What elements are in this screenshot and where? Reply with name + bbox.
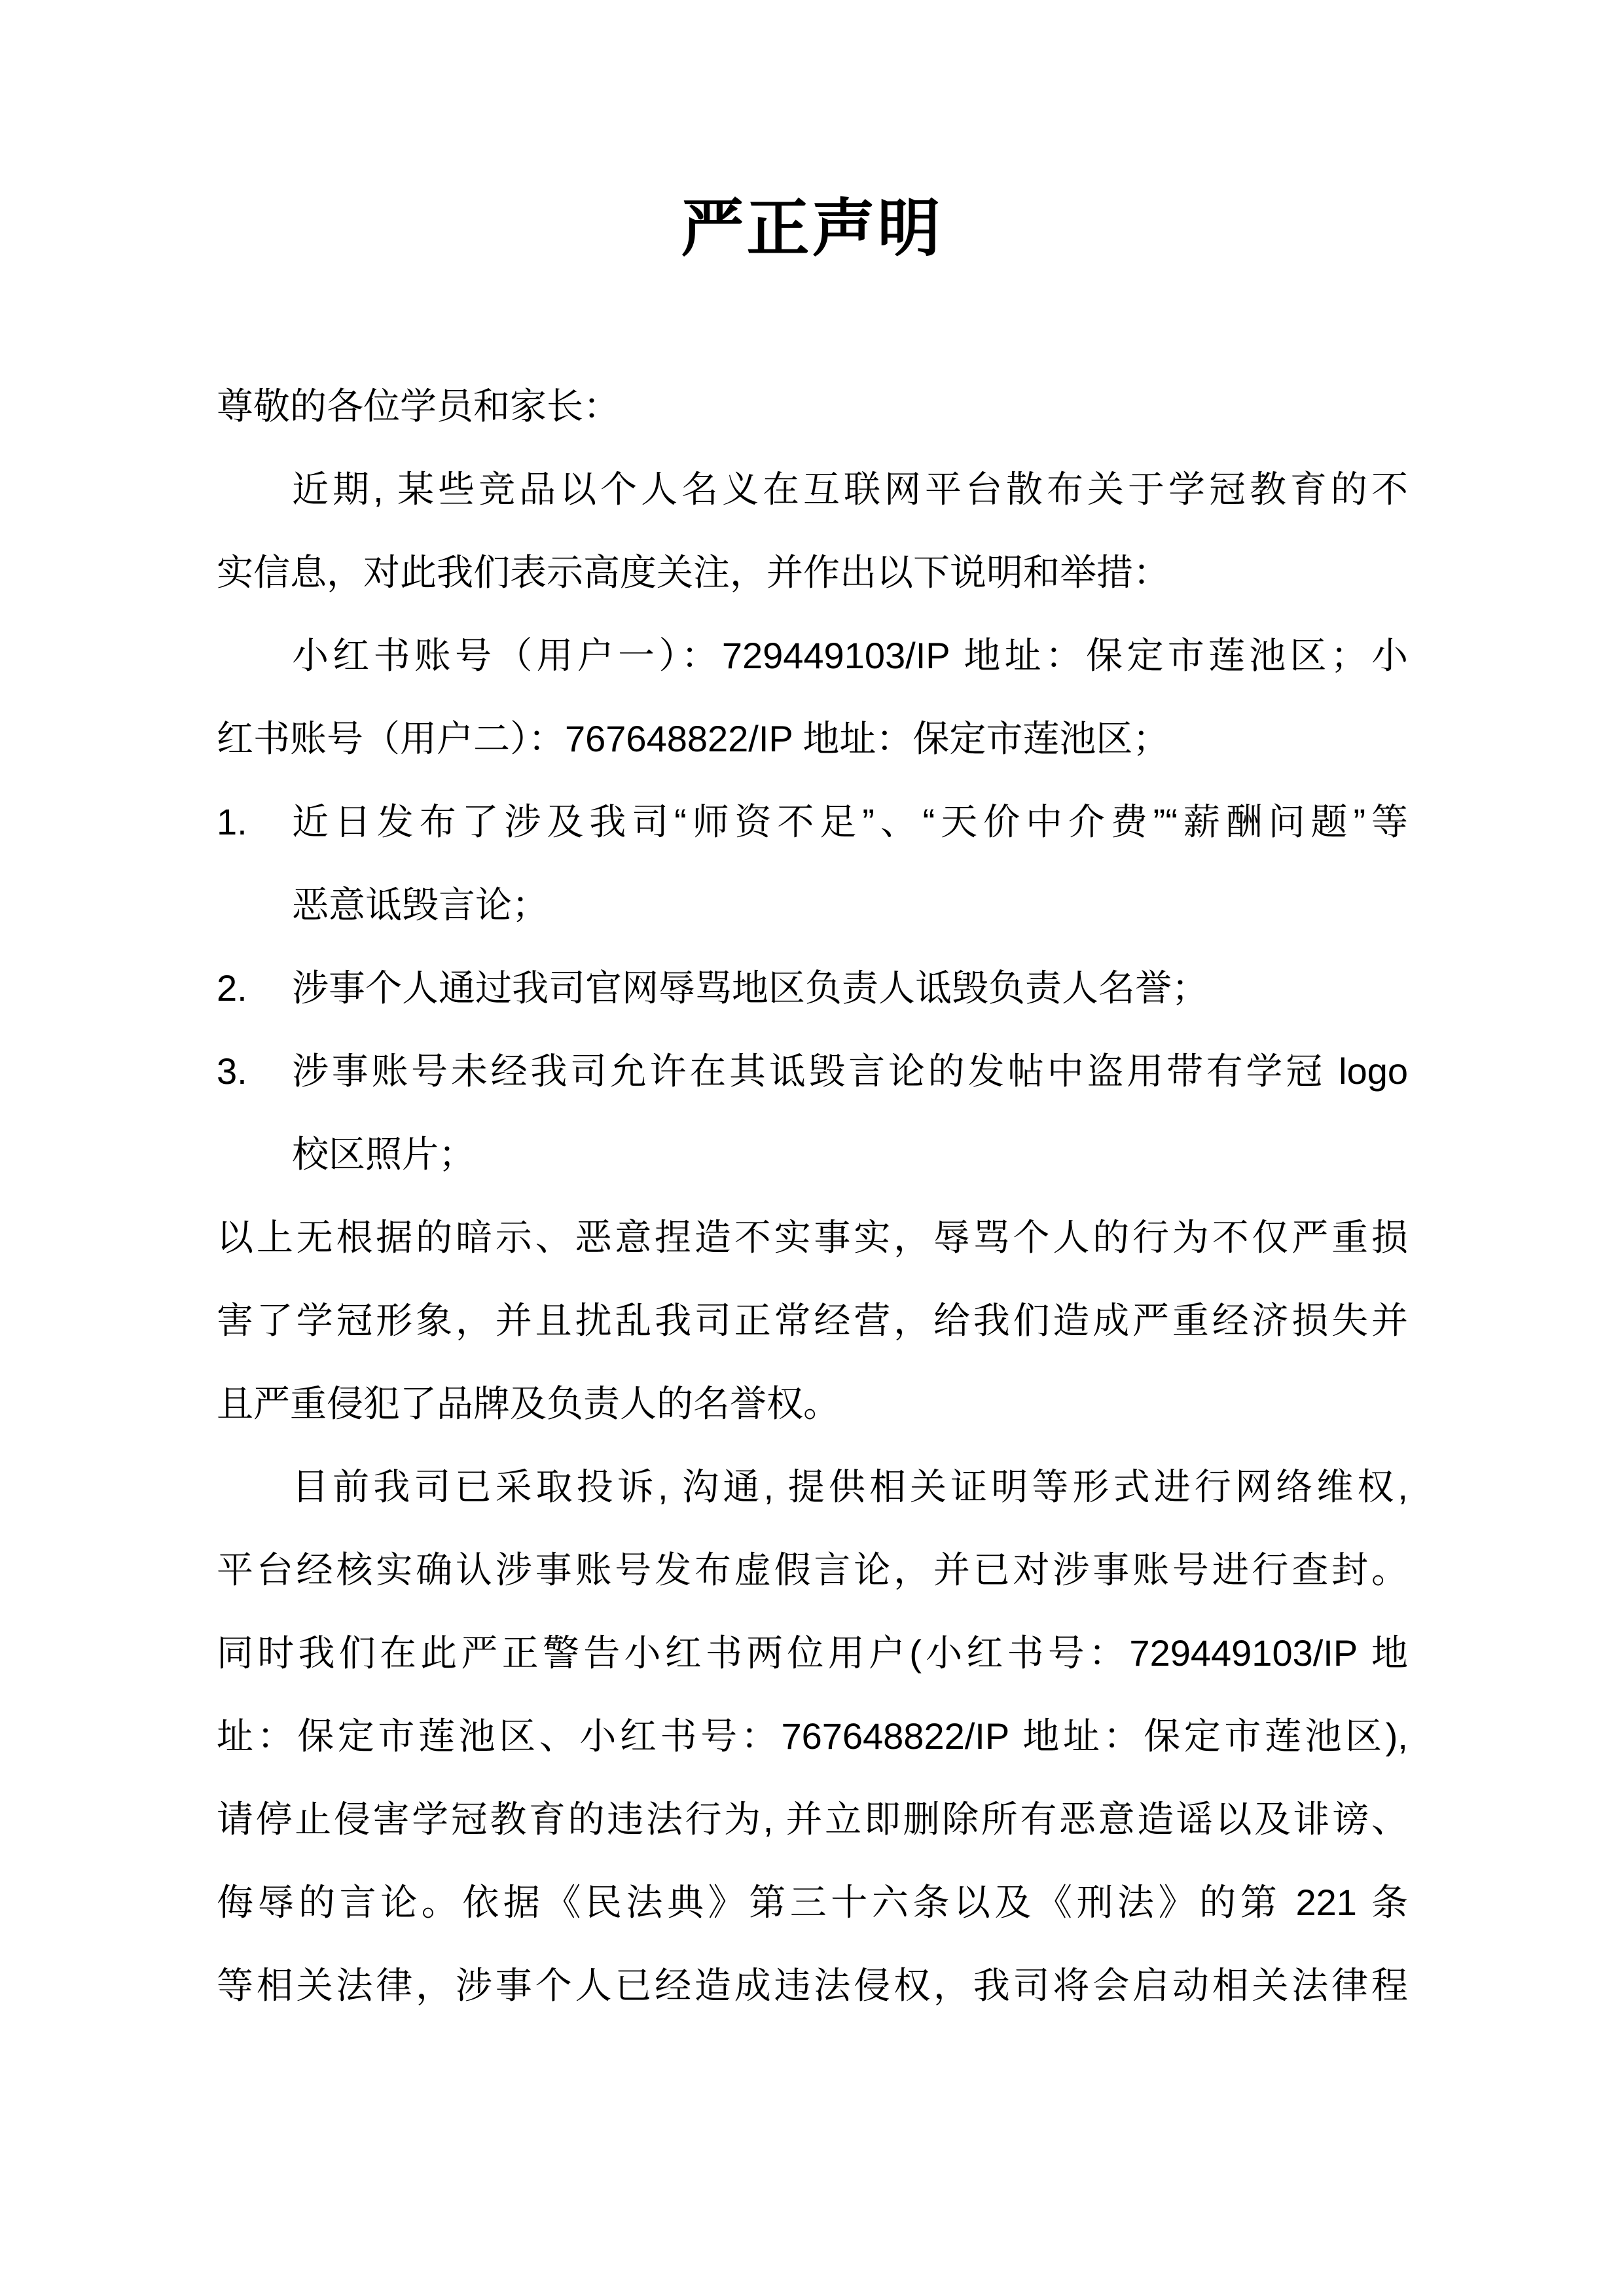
paragraph-line: 红书账号（用户二）：767648822/IP 地址：保定市莲池区； — [217, 697, 1408, 780]
list-item-1-number: 1. — [217, 780, 292, 863]
paragraph-line: 请停止侵害学冠教育的违法行为, 并立即删除所有恶意造谣以及诽谤、 — [217, 1778, 1408, 1861]
list-item-3-number: 3. — [217, 1030, 292, 1113]
list-item-2-text: 涉事个人通过我司官网辱骂地区负责人诋毁负责人名誉； — [292, 946, 1408, 1030]
paragraph-line: 实信息，对此我们表示高度关注，并作出以下说明和举措： — [217, 531, 1408, 614]
paragraph-line: 目前我司已采取投诉, 沟通, 提供相关证明等形式进行网络维权, — [217, 1445, 1408, 1528]
list-item-1: 1. 近日发布了涉及我司“师资不足”、“天价中介费”“薪酬问题”等 — [217, 780, 1408, 863]
paragraph-line: 近期, 某些竞品以个人名义在互联网平台散布关于学冠教育的不 — [217, 448, 1408, 531]
list-item-1-continuation: 恶意诋毁言论； — [217, 863, 1408, 946]
paragraph-line: 等相关法律，涉事个人已经造成违法侵权，我司将会启动相关法律程 — [217, 1944, 1408, 2027]
paragraph-line: 小红书账号（用户一）：729449103/IP 地址：保定市莲池区；小 — [217, 614, 1408, 697]
salutation-line: 尊敬的各位学员和家长： — [217, 365, 1408, 448]
document-page: 严正声明 尊敬的各位学员和家长： 近期, 某些竞品以个人名义在互联网平台散布关于… — [0, 0, 1624, 2296]
paragraph-line: 同时我们在此严正警告小红书两位用户(小红书号：729449103/IP 地 — [217, 1611, 1408, 1695]
list-item-3: 3. 涉事账号未经我司允许在其诋毁言论的发帖中盗用带有学冠 logo — [217, 1030, 1408, 1113]
paragraph-line: 害了学冠形象，并且扰乱我司正常经营，给我们造成严重经济损失并 — [217, 1279, 1408, 1362]
paragraph-line: 侮辱的言论。依据《民法典》第三十六条以及《刑法》的第 221 条 — [217, 1861, 1408, 1944]
paragraph-line: 址：保定市莲池区、小红书号：767648822/IP 地址：保定市莲池区), — [217, 1695, 1408, 1778]
list-item-3-continuation: 校区照片； — [217, 1113, 1408, 1196]
list-item-2-number: 2. — [217, 946, 292, 1030]
list-item-1-text: 近日发布了涉及我司“师资不足”、“天价中介费”“薪酬问题”等 — [292, 780, 1408, 863]
paragraph-line: 以上无根据的暗示、恶意捏造不实事实，辱骂个人的行为不仅严重损 — [217, 1196, 1408, 1279]
document-title: 严正声明 — [0, 193, 1624, 265]
paragraph-line: 平台经核实确认涉事账号发布虚假言论，并已对涉事账号进行查封。 — [217, 1528, 1408, 1611]
list-item-2: 2. 涉事个人通过我司官网辱骂地区负责人诋毁负责人名誉； — [217, 946, 1408, 1030]
document-body: 尊敬的各位学员和家长： 近期, 某些竞品以个人名义在互联网平台散布关于学冠教育的… — [217, 365, 1408, 2027]
list-item-3-text: 涉事账号未经我司允许在其诋毁言论的发帖中盗用带有学冠 logo — [292, 1030, 1408, 1113]
paragraph-line: 且严重侵犯了品牌及负责人的名誉权。 — [217, 1362, 1408, 1445]
